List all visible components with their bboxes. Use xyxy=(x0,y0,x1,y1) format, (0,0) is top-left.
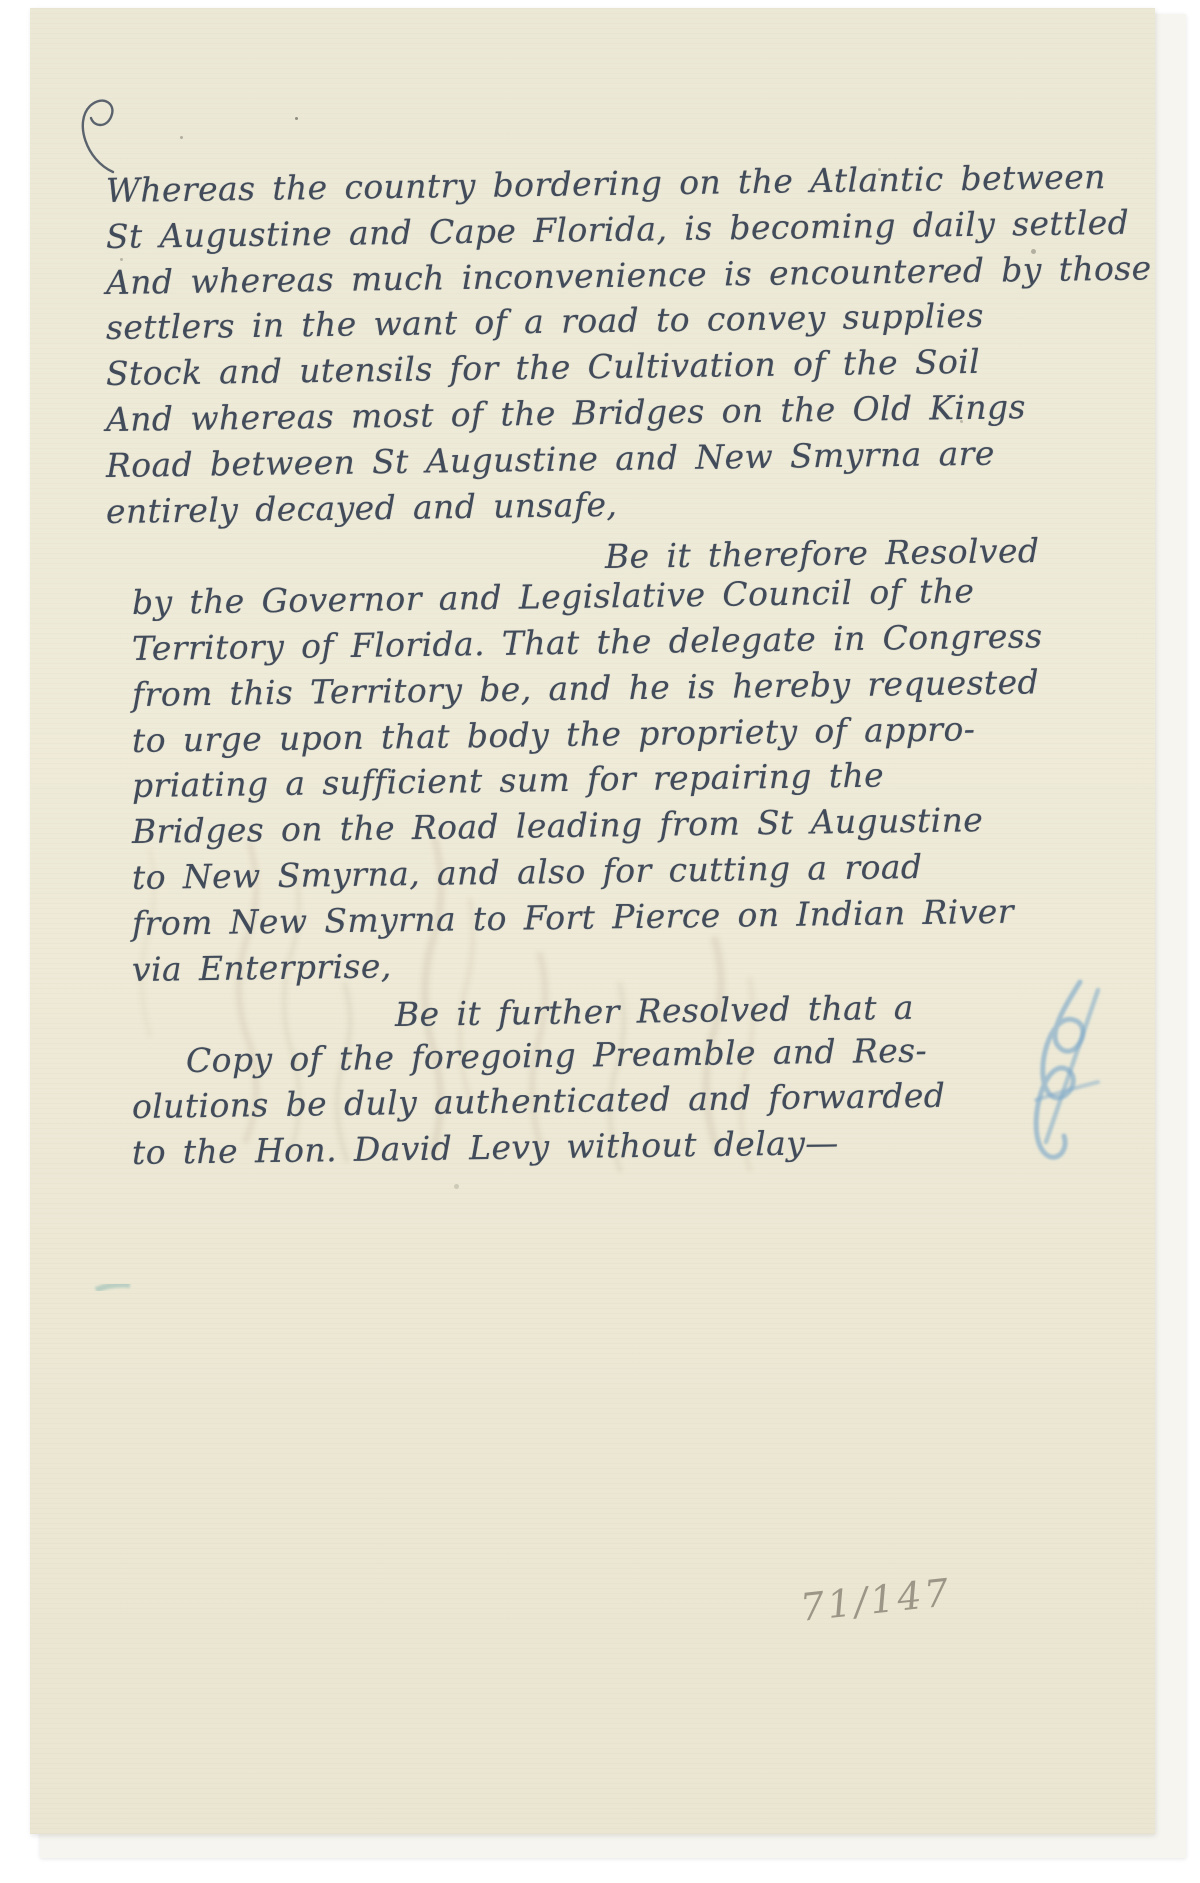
paper-specks xyxy=(295,117,298,120)
scan-background: Whereas the country bordering on the Atl… xyxy=(0,0,1200,1883)
manuscript-text: Whereas the country bordering on the Atl… xyxy=(100,168,1150,1176)
